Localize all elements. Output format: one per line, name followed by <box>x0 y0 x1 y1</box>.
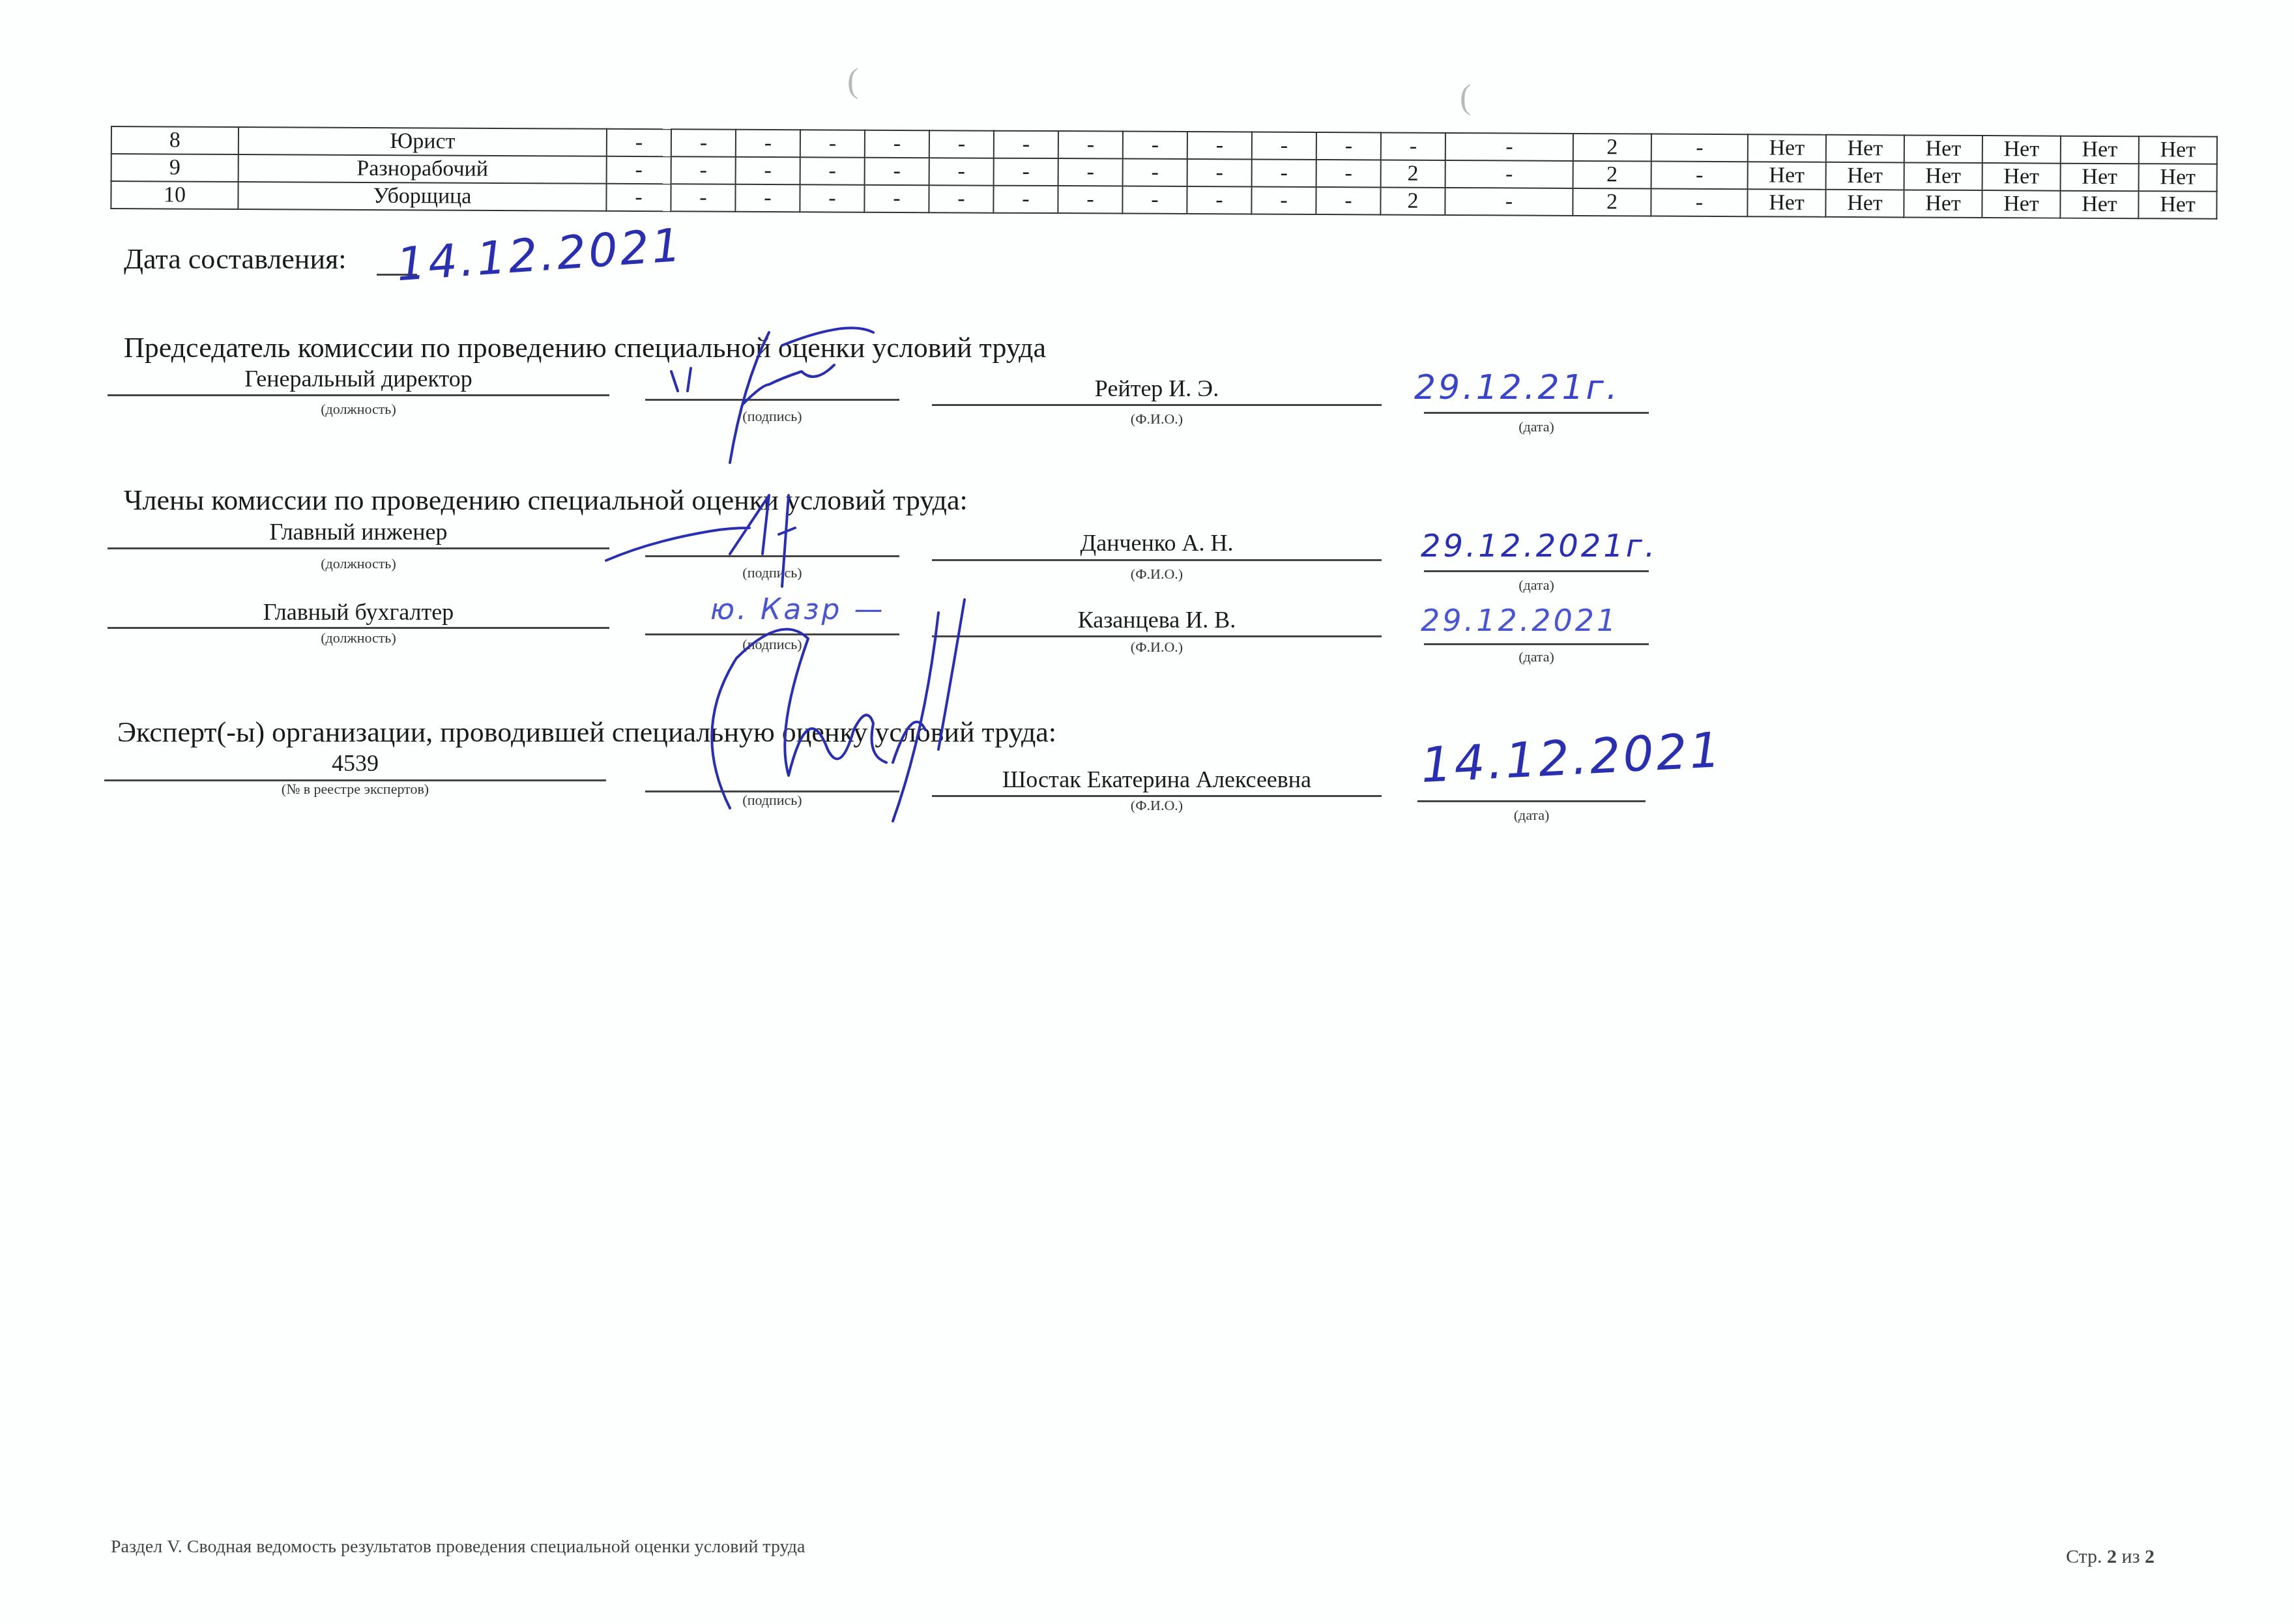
table-cell: - <box>1445 133 1573 161</box>
chairman-date-line <box>1424 412 1649 414</box>
summary-table: 8Юрист--------------2-НетНетНетНетНетНет… <box>110 126 2218 220</box>
table-cell: Нет <box>1826 162 1904 190</box>
page-separator: из <box>2122 1546 2140 1567</box>
table-cell: - <box>1445 188 1573 216</box>
caption-date: (дата) <box>1424 648 1649 665</box>
table-cell: Нет <box>2060 191 2138 219</box>
table-cell: - <box>1252 160 1316 187</box>
table-cell: - <box>606 184 671 211</box>
row-number: 9 <box>111 154 239 182</box>
member-1-name: Данченко А. Н. <box>932 529 1382 557</box>
table-cell: Нет <box>2061 164 2139 192</box>
table-cell: 2 <box>1573 134 1651 162</box>
table-cell: - <box>1316 187 1380 214</box>
compilation-date-label: Дата составления: <box>124 242 346 276</box>
table-cell: Нет <box>1982 136 2061 164</box>
table-cell: - <box>800 157 865 184</box>
caption-date: (дата) <box>1424 418 1649 435</box>
caption-position: (должность) <box>108 630 609 646</box>
chairman-name: Рейтер И. Э. <box>932 375 1382 402</box>
table-cell: - <box>994 158 1058 186</box>
table-cell: 2 <box>1573 188 1651 216</box>
table-cell: - <box>671 129 736 156</box>
table-cell: 2 <box>1380 188 1445 215</box>
table-cell: - <box>1381 133 1445 160</box>
chairman-position-line <box>108 394 609 396</box>
caption-registry: (№ в реестре экспертов) <box>104 781 606 798</box>
table-cell: Нет <box>1826 135 1904 163</box>
chairman-signature <box>652 306 912 476</box>
table-cell: - <box>607 129 671 156</box>
table-cell: - <box>1252 132 1316 160</box>
table-cell: - <box>1187 159 1252 186</box>
member-2-position-line <box>108 627 609 629</box>
table-cell: Нет <box>1904 162 1982 190</box>
table-cell: - <box>1058 131 1123 158</box>
table-cell: - <box>1651 189 1747 217</box>
table-cell: - <box>1445 160 1573 188</box>
table-cell: 2 <box>1381 160 1445 188</box>
page-number: Стр. 2 из 2 <box>2066 1546 2155 1568</box>
scan-artifact: ( <box>847 62 858 100</box>
row-number: 8 <box>111 126 239 154</box>
table-cell: - <box>865 130 929 158</box>
table-cell: - <box>800 184 864 212</box>
table-cell: Нет <box>2138 191 2216 219</box>
footer-section-title: Раздел V. Сводная ведомость результатов … <box>111 1537 806 1558</box>
table-cell: - <box>607 156 671 184</box>
table-cell: - <box>1251 187 1316 214</box>
caption-fio: (Ф.И.О.) <box>932 797 1382 814</box>
member-2-position: Главный бухгалтер <box>108 598 609 626</box>
scan-artifact: ( <box>1460 78 1471 117</box>
table-cell: - <box>1122 186 1187 214</box>
caption-date: (дата) <box>1424 577 1649 594</box>
table-cell: Нет <box>1982 190 2060 218</box>
compilation-date-handwritten: 14.12.2021 <box>395 218 685 292</box>
table-cell: - <box>994 131 1058 158</box>
table-cell: - <box>1651 134 1748 162</box>
table-cell: - <box>865 158 929 185</box>
expert-name: Шостак Екатерина Алексеевна <box>932 766 1382 793</box>
caption-position: (должность) <box>108 555 609 572</box>
chairman-date-handwritten: 29.12.21г. <box>1414 368 1619 407</box>
table-cell: - <box>1123 132 1187 159</box>
table-cell: 2 <box>1573 161 1651 189</box>
table-cell: - <box>1316 160 1381 187</box>
caption-fio: (Ф.И.О.) <box>932 566 1382 583</box>
table-cell: Нет <box>1904 135 1982 163</box>
row-position-name: Уборщица <box>238 182 606 211</box>
table-cell: - <box>735 184 800 212</box>
member-2-date-line <box>1424 643 1649 645</box>
table-cell: - <box>1058 158 1123 186</box>
table-cell: - <box>800 130 865 157</box>
table-cell: - <box>929 158 994 185</box>
member-1-position-line <box>108 547 609 549</box>
table-cell: Нет <box>1825 190 1904 218</box>
table-cell: - <box>671 184 735 211</box>
expert-date-handwritten: 14.12.2021 <box>1419 722 1724 794</box>
table-cell: Нет <box>1904 190 1982 218</box>
member-1-date-line <box>1424 570 1649 572</box>
table-cell: Нет <box>1748 162 1826 190</box>
row-position-name: Юрист <box>239 127 607 156</box>
caption-fio: (Ф.И.О.) <box>932 411 1382 428</box>
table-cell: Нет <box>2139 136 2217 164</box>
table-cell: - <box>1187 132 1252 159</box>
table-cell: - <box>929 185 993 212</box>
chairman-name-line <box>932 404 1382 406</box>
table-cell: - <box>736 157 800 184</box>
table-cell: - <box>1651 162 1748 190</box>
member-1-position: Главный инженер <box>108 518 609 545</box>
total-pages: 2 <box>2145 1546 2155 1567</box>
table-cell: - <box>1316 132 1381 160</box>
table-cell: - <box>1187 186 1251 214</box>
table-cell: - <box>993 186 1058 213</box>
table-cell: - <box>929 130 994 158</box>
table-cell: Нет <box>2139 164 2217 192</box>
table-cell: Нет <box>1747 189 1825 217</box>
current-page: 2 <box>2107 1546 2117 1567</box>
expert-registry-number: 4539 <box>104 749 606 777</box>
row-position-name: Разнорабочий <box>239 154 607 184</box>
table-cell: - <box>864 185 929 212</box>
table-cell: - <box>1058 186 1122 213</box>
table-cell: Нет <box>2061 136 2139 164</box>
member-2-date-handwritten: 29.12.2021 <box>1421 603 1618 638</box>
caption-position: (должность) <box>108 401 609 418</box>
table-cell: Нет <box>1982 163 2061 191</box>
table-cell: Нет <box>1748 134 1826 162</box>
page-prefix: Стр. <box>2066 1546 2102 1567</box>
expert-date-line <box>1417 800 1646 802</box>
member-1-name-line <box>932 559 1382 561</box>
table-cell: - <box>671 156 736 184</box>
chairman-position: Генеральный директор <box>108 365 609 392</box>
caption-date: (дата) <box>1417 807 1646 824</box>
table-cell: - <box>1123 159 1187 186</box>
member-1-date-handwritten: 29.12.2021г. <box>1421 528 1657 564</box>
row-number: 10 <box>111 181 238 209</box>
table-cell: - <box>736 130 800 157</box>
